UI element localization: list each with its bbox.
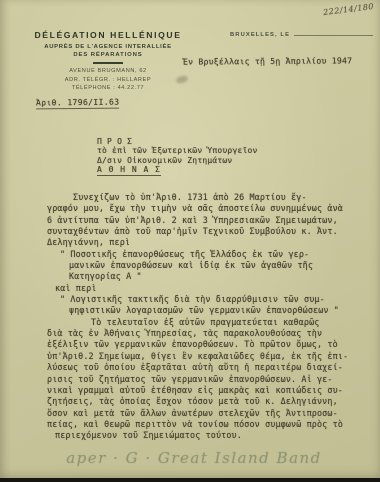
scan-bottom-edge bbox=[0, 478, 380, 482]
org-name: DÉLÉGATION HELLÉNIQUE bbox=[26, 30, 190, 40]
addressee-city: Α Θ Η Ν Α Σ bbox=[97, 165, 161, 176]
typed-line: διὰ τὰς ἐν Ἀθήναις Ὑπηρεσίας, τὰς παρακο… bbox=[47, 328, 363, 339]
typed-line: Συνεχίζων τὸ ὑπ'Ἀριθ. 1731 ἀπὸ 26 Μαρτίο… bbox=[47, 192, 363, 203]
addressee-line2: Δ/σιν Οἰκονομικῶν Ζητημάτων bbox=[97, 156, 258, 165]
quoted-title-1: " Ποσοτικῆς ἐπανορθώσεως τῆς Ἑλλάδος ἐκ … bbox=[60, 249, 363, 283]
typed-line: Δεληγιάννη, περὶ bbox=[47, 237, 363, 248]
org-subtitle-line1: AUPRÈS DE L'AGENCE INTERALLIÉE bbox=[26, 44, 190, 50]
handwritten-corner-number: 222/14/180 bbox=[323, 2, 375, 17]
paper-watermark: aper · G · Great Island Band bbox=[0, 449, 380, 467]
typed-line: λύσεως τοῦ ὁποίου ἐξαρτᾶται αὐτὴ αὕτη ἡ … bbox=[47, 362, 363, 373]
typed-line: μανικῶν ἐπανορθώσεων καὶ ἰδίᾳ ἐκ τῶν ἀγα… bbox=[69, 260, 363, 271]
body-paragraph-2: Τὸ τελευταῖον ἐξ αὐτῶν πραγματεύεται καθ… bbox=[47, 317, 363, 442]
typed-line: ψηφιστικῶν λογαριασμῶν τῶν γερμανικῶν ἐπ… bbox=[69, 305, 363, 316]
printed-place-label: BRUXELLES, LE bbox=[230, 32, 290, 38]
letter-body: Συνεχίζων τὸ ὑπ'Ἀριθ. 1731 ἀπὸ 26 Μαρτίο… bbox=[47, 192, 363, 442]
typed-line: ἐξέλιξιν τῶν γερμανικῶν ἐπανορθώσεων. Τὸ… bbox=[47, 339, 363, 350]
addressee-to-label: Π Ρ Ο Σ bbox=[97, 137, 258, 146]
date-rule-line bbox=[294, 29, 373, 36]
addressee-block: Π Ρ Ο Σ τὸ ἐπὶ τῶν Ἐξωτερικῶν Ὑπουργεῖον… bbox=[97, 137, 258, 176]
addressee-line1: τὸ ἐπὶ τῶν Ἐξωτερικῶν Ὑπουργεῖον bbox=[97, 146, 258, 155]
typed-line: " Λογιστικῆς τακτικῆς διὰ τὴν διαρρύθμισ… bbox=[60, 294, 363, 305]
scanned-letter-page: 222/14/180 DÉLÉGATION HELLÉNIQUE AUPRÈS … bbox=[0, 0, 380, 482]
letterhead: DÉLÉGATION HELLÉNIQUE AUPRÈS DE L'AGENCE… bbox=[26, 30, 190, 91]
typed-line: ὅσον καὶ μετὰ τῶν ἄλλων ἀνωτέρων στελεχῶ… bbox=[47, 408, 363, 419]
typed-date: Ἐν Βρυξέλλαις τῇ 5ῃ Ἀπριλίου 1947 bbox=[183, 55, 352, 66]
quoted-title-2: " Λογιστικῆς τακτικῆς διὰ τὴν διαρρύθμισ… bbox=[60, 294, 363, 317]
typed-line: νικαὶ γραμμαὶ αὐτοῦ ἐτέθησαν εἰς μακρὰς … bbox=[47, 385, 363, 396]
typed-line: συνταχθέντων ἀπὸ τοῦ παρ'ἡμῖν Τεχνικοῦ Σ… bbox=[47, 226, 363, 237]
typed-line: Τὸ τελευταῖον ἐξ αὐτῶν πραγματεύεται καθ… bbox=[47, 317, 363, 328]
typed-line: ὑπ'Ἀριθ.2 Σημείωμα, θίγει ἓν κεφαλαιῶδες… bbox=[47, 351, 363, 362]
body-paragraph-1: Συνεχίζων τὸ ὑπ'Ἀριθ. 1731 ἀπὸ 26 Μαρτίο… bbox=[47, 192, 363, 249]
connector-line: καὶ περὶ bbox=[55, 283, 363, 294]
letterhead-phone: TÉLÉPHONE : 44.22.77 bbox=[26, 85, 190, 91]
typed-line: " Ποσοτικῆς ἐπανορθώσεως τῆς Ἑλλάδος ἐκ … bbox=[60, 249, 363, 260]
typed-line: ζητήσεις, τὰς ὁποίας ἔσχον τόσον μετὰ το… bbox=[47, 396, 363, 407]
org-subtitle-line2: DES RÉPARATIONS bbox=[26, 52, 190, 58]
typed-line: 6 ἀντίτυπα τῶν ὑπ'Ἀριθ. 2 καὶ 3 Ὑπηρεσια… bbox=[47, 215, 363, 226]
typed-line: ρισις τοῦ ζητήματος τῶν γερμανικῶν ἐπανο… bbox=[47, 374, 363, 385]
typed-line: πείας, καὶ θεωρῶ περιττὸν νὰ τονίσω πόσο… bbox=[47, 419, 363, 430]
letterhead-divider bbox=[93, 62, 123, 64]
letterhead-telegraph: ADR. TÉLÉGR. : HELLAREP bbox=[26, 77, 190, 83]
letterhead-address: AVENUE BRUGMANN, 62 bbox=[26, 68, 190, 74]
dateline: BRUXELLES, LE bbox=[230, 29, 373, 38]
reference-number: Ἀριθ. 1796/ΙΙ.63 bbox=[36, 98, 120, 110]
typed-line: Κατηγορίας Α " bbox=[69, 271, 363, 282]
typed-line: γραφόν μου, ἔχω τὴν τιμὴν νὰ σᾶς ἀποστεί… bbox=[47, 203, 363, 214]
typed-line: περιεχόμενον τοῦ Σημειώματος τούτου. bbox=[47, 430, 363, 441]
